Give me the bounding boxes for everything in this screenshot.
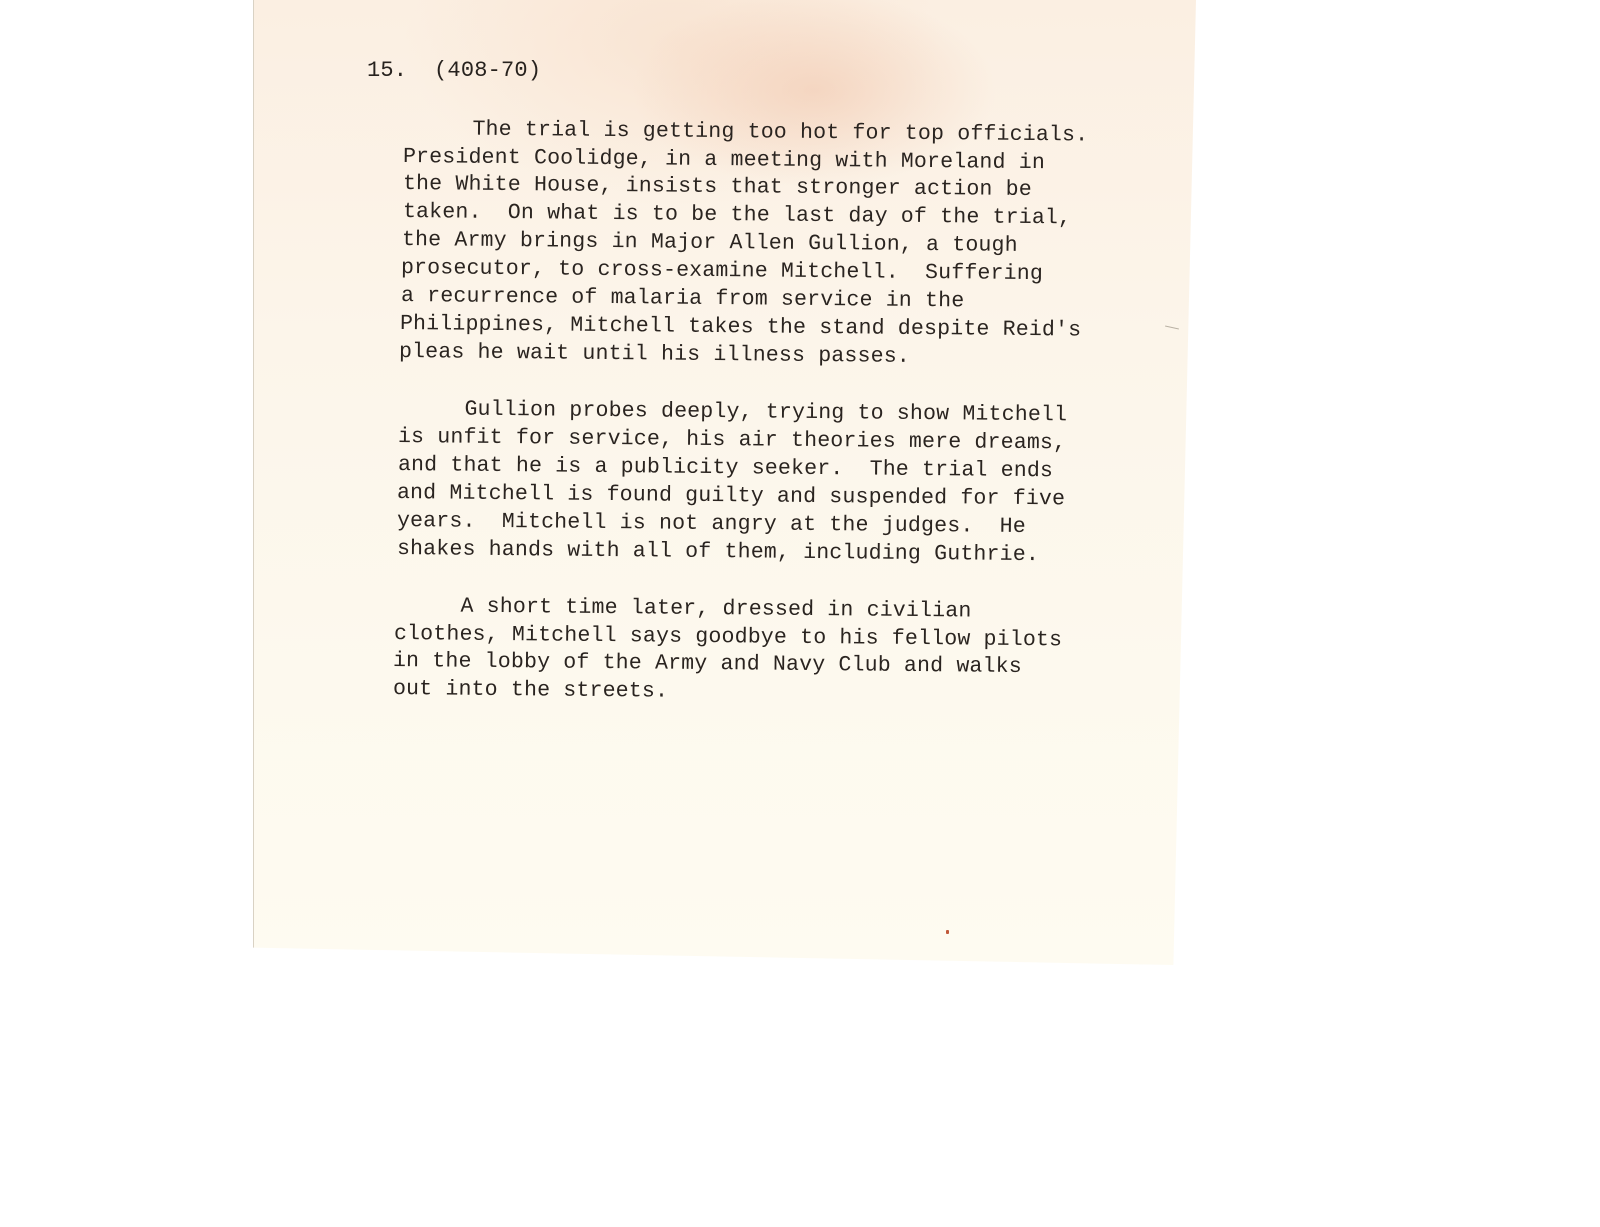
page-number-heading: 15. (408-70) (367, 58, 541, 83)
ink-speck (946, 930, 949, 934)
paragraph-3-line-4: out into the streets. (393, 677, 668, 704)
paragraph-1-line-9: pleas he wait until his illness passes. (399, 340, 910, 369)
